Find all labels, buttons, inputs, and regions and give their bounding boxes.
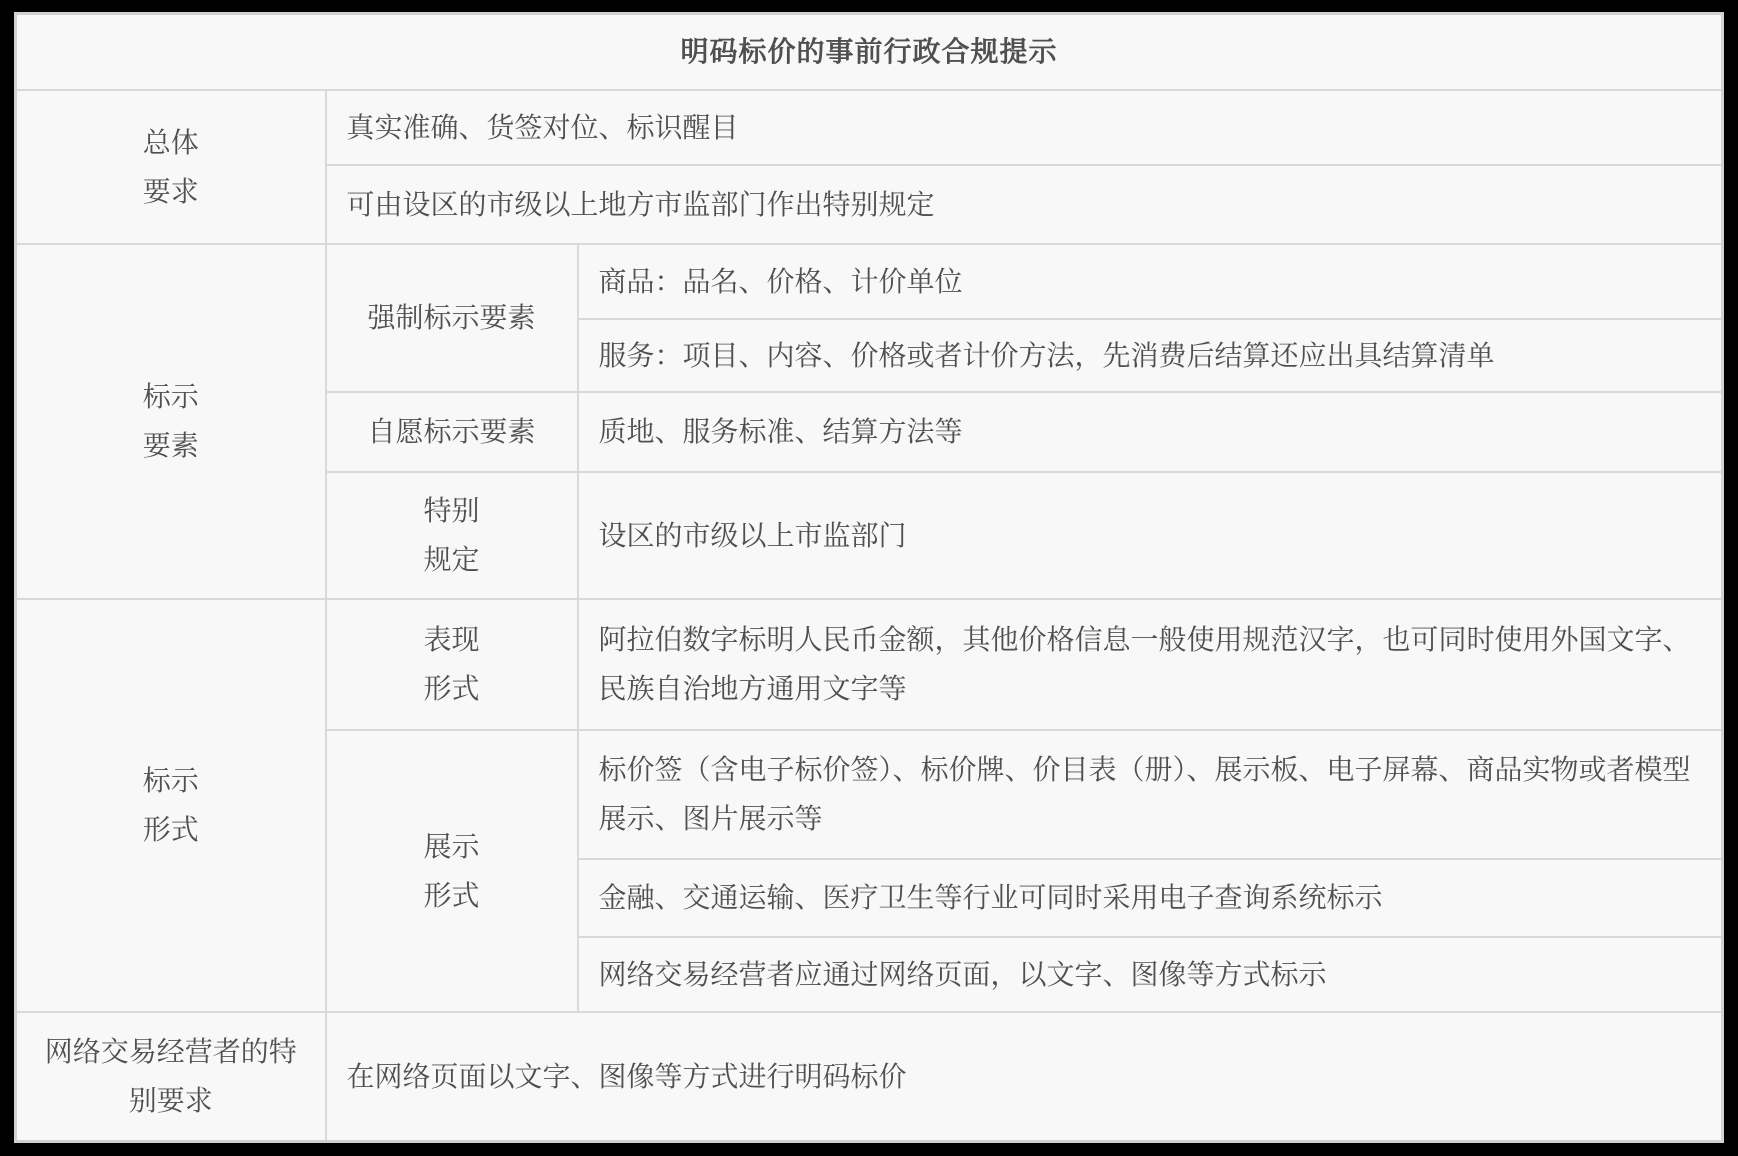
section-label-marking-forms: 标示 形式 — [16, 599, 326, 1012]
subgroup-label-special-provisions: 特别 规定 — [326, 472, 578, 599]
cell-mandatory-services: 服务：项目、内容、价格或者计价方法，先消费后结算还应出具结算清单 — [578, 319, 1723, 392]
compliance-table: 明码标价的事前行政合规提示 总体 要求 真实准确、货签对位、标识醒目 可由设区的… — [14, 12, 1724, 1143]
cell-mandatory-goods: 商品：品名、价格、计价单位 — [578, 244, 1723, 319]
page-background: 明码标价的事前行政合规提示 总体 要求 真实准确、货签对位、标识醒目 可由设区的… — [0, 0, 1738, 1156]
cell-display-form-3: 网络交易经营者应通过网络页面，以文字、图像等方式标示 — [578, 937, 1723, 1012]
cell-overall-requirement-2: 可由设区的市级以上地方市监部门作出特别规定 — [326, 165, 1723, 244]
cell-expression-form: 阿拉伯数字标明人民币金额，其他价格信息一般使用规范汉字，也可同时使用外国文字、民… — [578, 599, 1723, 730]
table-row: 总体 要求 真实准确、货签对位、标识醒目 — [16, 90, 1723, 165]
table-row: 网络交易经营者的特 别要求 在网络页面以文字、图像等方式进行明码标价 — [16, 1012, 1723, 1142]
table-row: 标示 形式 表现 形式 阿拉伯数字标明人民币金额，其他价格信息一般使用规范汉字，… — [16, 599, 1723, 730]
cell-special-provisions: 设区的市级以上市监部门 — [578, 472, 1723, 599]
section-label-marking-elements: 标示 要素 — [16, 244, 326, 599]
subgroup-label-voluntary-elements: 自愿标示要素 — [326, 392, 578, 472]
subgroup-label-mandatory-elements: 强制标示要素 — [326, 244, 578, 392]
cell-online-traders-special: 在网络页面以文字、图像等方式进行明码标价 — [326, 1012, 1723, 1142]
table-row: 标示 要素 强制标示要素 商品：品名、价格、计价单位 — [16, 244, 1723, 319]
subgroup-label-display-form: 展示 形式 — [326, 730, 578, 1012]
cell-display-form-2: 金融、交通运输、医疗卫生等行业可同时采用电子查询系统标示 — [578, 859, 1723, 937]
cell-display-form-1: 标价签（含电子标价签）、标价牌、价目表（册）、展示板、电子屏幕、商品实物或者模型… — [578, 730, 1723, 859]
table-row: 明码标价的事前行政合规提示 — [16, 14, 1723, 90]
subgroup-label-expression-form: 表现 形式 — [326, 599, 578, 730]
section-label-overall-requirements: 总体 要求 — [16, 90, 326, 244]
page-title: 明码标价的事前行政合规提示 — [16, 14, 1723, 90]
cell-voluntary-elements: 质地、服务标准、结算方法等 — [578, 392, 1723, 472]
section-label-online-traders-special: 网络交易经营者的特 别要求 — [16, 1012, 326, 1142]
cell-overall-requirement-1: 真实准确、货签对位、标识醒目 — [326, 90, 1723, 165]
